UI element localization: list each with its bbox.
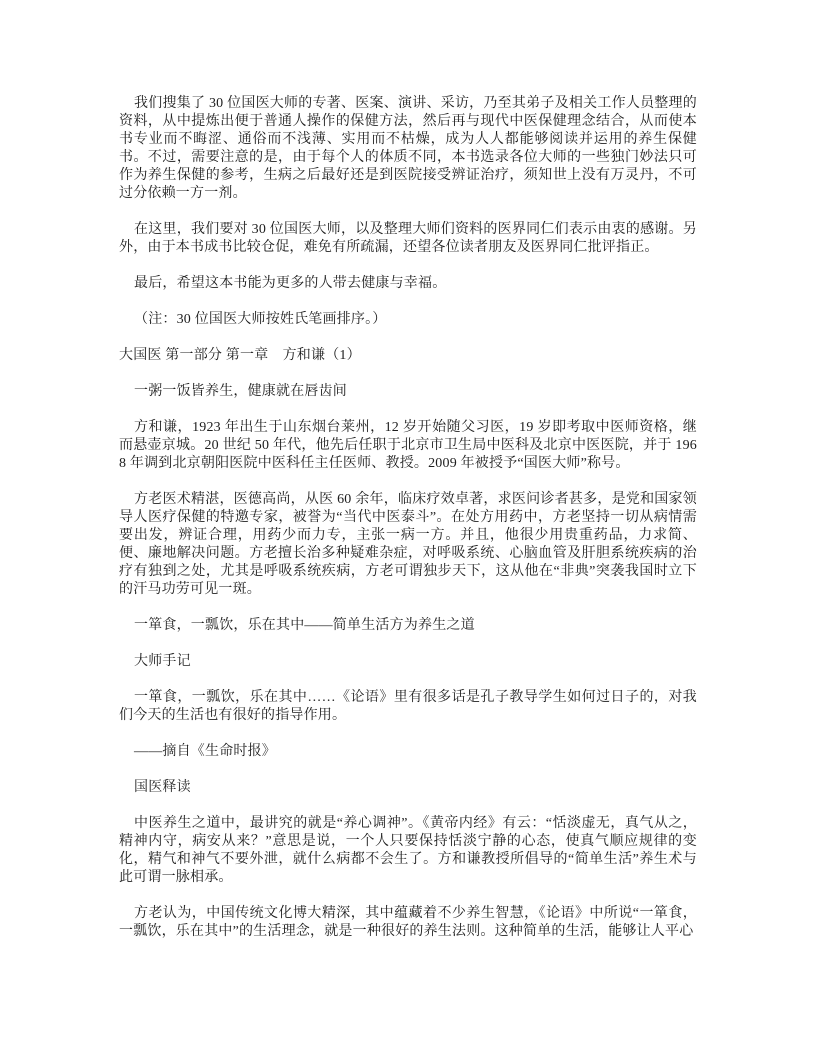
document-body: 我们搜集了 30 位国医大师的专著、医案、演讲、采访，乃至其弟子及相关工作人员整… xyxy=(119,95,697,941)
chapter-subtitle: 一粥一饭皆养生，健康就在唇齿间 xyxy=(119,383,697,401)
master-notes-paragraph: 一箪食，一瓢饮，乐在其中……《论语》里有很多话是孔子教导学生如何过日子的，对我们… xyxy=(119,689,697,725)
interpretation-paragraph-2: 方老认为，中国传统文化博大精深，其中蕴藏着不少养生智慧，《论语》中所说“一箪食，… xyxy=(119,905,697,941)
preface-note: （注：30 位国医大师按姓氏笔画排序。） xyxy=(119,311,697,329)
section-title: 一箪食，一瓢饮，乐在其中——简单生活方为养生之道 xyxy=(119,617,697,635)
preface-paragraph-1: 我们搜集了 30 位国医大师的专著、医案、演讲、采访，乃至其弟子及相关工作人员整… xyxy=(119,95,697,203)
chapter-heading: 大国医 第一部分 第一章 方和谦（1） xyxy=(119,347,697,365)
achievements-paragraph: 方老医术精湛，医德高尚，从医 60 余年，临床疗效卓著，求医问诊者甚多，是党和国… xyxy=(119,491,697,599)
preface-paragraph-3: 最后，希望这本书能为更多的人带去健康与幸福。 xyxy=(119,275,697,293)
document-page: 我们搜集了 30 位国医大师的专著、医案、演讲、采访，乃至其弟子及相关工作人员整… xyxy=(0,0,816,1056)
bio-paragraph: 方和谦，1923 年出生于山东烟台莱州，12 岁开始随父习医，19 岁即考取中医… xyxy=(119,419,697,473)
interpretation-heading: 国医释读 xyxy=(119,779,697,797)
preface-paragraph-2: 在这里，我们要对 30 位国医大师，以及整理大师们资料的医界同仁们表示由衷的感谢… xyxy=(119,221,697,257)
interpretation-paragraph-1: 中医养生之道中，最讲究的就是“养心调神”。《黄帝内经》有云：“恬淡虚无，真气从之… xyxy=(119,815,697,887)
master-notes-heading: 大师手记 xyxy=(119,653,697,671)
source-attribution: ——摘自《生命时报》 xyxy=(119,743,697,761)
